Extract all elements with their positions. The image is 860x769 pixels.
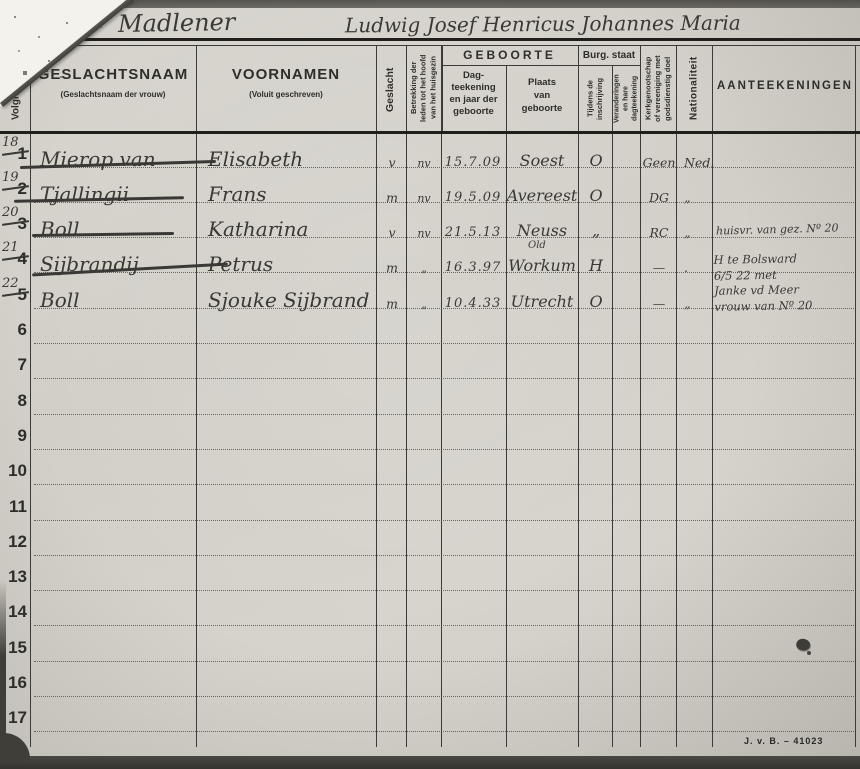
cell-kerk: DG [642, 174, 676, 205]
row-writing-line [34, 696, 854, 697]
row-writing-line [34, 731, 854, 732]
cell-burg2 [614, 280, 640, 311]
geboorte-group-rule [441, 65, 578, 66]
row-writing-line [34, 555, 854, 556]
ink-dot [807, 651, 811, 655]
column-header-geboorte: GEBOORTE [441, 48, 578, 62]
column-header-geslachtsnaam-sub: (Geslachtsnaam der vrouw) [30, 90, 196, 99]
row-number: 11 [0, 497, 30, 517]
table-top-rule [0, 38, 860, 41]
table-row: 10 [0, 456, 860, 492]
cell-kerk: — [642, 244, 676, 275]
table-row: 11 [0, 492, 860, 528]
cell-kerk: RC [642, 209, 676, 240]
cell-betrekking: nv [408, 209, 440, 240]
row-writing-line [34, 414, 854, 415]
cell-place-correction: Old [528, 240, 546, 251]
row-number: 12 [0, 532, 30, 552]
table-row: 16 [0, 668, 860, 704]
table-row: 17 [0, 703, 860, 739]
cell-burg1: „ [580, 209, 612, 240]
cell-betrekking: „ [408, 280, 440, 311]
row-writing-line [34, 484, 854, 485]
cell-nat: Ned. [678, 139, 710, 170]
column-header-burgstaat-inschrijving: Tijdens de inschrijving [578, 67, 612, 130]
cell-burg1: O [580, 174, 612, 205]
cell-date: 16.3.97 [442, 244, 504, 275]
card-firstnames-handwritten: Ludwig Josef Henricus Johannes Maria [345, 11, 741, 38]
card-surname-handwritten: Madlener [118, 8, 236, 38]
row-number-handwritten: 22 [2, 276, 19, 291]
table-row: 14 [0, 597, 860, 633]
cell-betrekking: „ [408, 244, 440, 275]
column-header-voornamen: VOORNAMEN [196, 66, 376, 83]
cell-date: 15.7.09 [442, 139, 504, 170]
column-header-aanteekeningen: AANTEEKENINGEN [712, 80, 858, 92]
printer-mark: J. v. B. – 41023 [744, 736, 823, 746]
dust-speckles [14, 16, 16, 18]
row-writing-line [34, 661, 854, 662]
table-row: 13 [0, 562, 860, 598]
cell-voornamen: Sjouke Sijbrand [202, 280, 378, 311]
cell-burg1: H [580, 244, 612, 275]
cell-geslacht: m [378, 280, 406, 311]
cell-betrekking: nv [408, 174, 440, 205]
register-card-scan: Madlener Ludwig Josef Henricus Johannes … [0, 0, 860, 769]
column-header-geslachtsnaam: GESLACHTSNAAM [30, 66, 196, 83]
row-number-handwritten: 20 [2, 205, 19, 220]
cell-geslacht: m [378, 244, 406, 275]
cell-voornamen: Katharina [202, 209, 378, 240]
cell-burg1: O [580, 139, 612, 170]
cell-nat: . [678, 244, 710, 275]
column-header-burgstaat-veranderingen: Veranderingen en hare dagteekening [612, 67, 640, 130]
row-writing-line [34, 343, 854, 344]
cell-burg2 [614, 209, 640, 240]
column-header-nationaliteit: Nationaliteit [676, 46, 712, 131]
cell-geslacht: v [378, 209, 406, 240]
cell-burg1: O [580, 280, 612, 311]
row-writing-line [34, 520, 854, 521]
row-number: 9 [0, 426, 30, 446]
cell-nat: „ [678, 174, 710, 205]
cell-place: Neuss [508, 209, 576, 240]
cell-burg2 [614, 244, 640, 275]
table-row: 6 [0, 315, 860, 351]
table-row: 9 [0, 421, 860, 457]
column-header-geboortedatum: Dag- teekening en jaar der geboorte [441, 70, 506, 118]
column-header-voornamen-sub: (Voluit geschreven) [196, 90, 376, 99]
table-row: 12 [0, 527, 860, 563]
column-header-geboorteplaats: Plaats van geboorte [506, 76, 578, 115]
cell-betrekking: nv [408, 139, 440, 170]
cell-geslacht: v [378, 139, 406, 170]
cell-date: 10.4.33 [442, 280, 504, 311]
column-header-betrekking: Betrekking der leden tot het hoofd van h… [406, 44, 441, 132]
row-number: 6 [0, 320, 30, 340]
cell-kerk: — [642, 280, 676, 311]
burgstaat-group-rule [578, 65, 640, 66]
table-row: 219TjallingiiFransmnv19.5.09AvereestODG„ [0, 174, 860, 210]
cell-place: Avereest [508, 174, 576, 205]
cell-voornamen: Elisabeth [202, 139, 378, 170]
cell-surname: Boll [34, 280, 198, 311]
cell-voornamen: Frans [202, 174, 378, 205]
column-header-kerkgenootschap: Kerkgenootschap of vereeniging met godsd… [640, 46, 676, 131]
cell-kerk: Geen [642, 139, 676, 170]
row-number-handwritten: 21 [2, 240, 19, 255]
row-writing-line [34, 378, 854, 379]
cell-nat: „ [678, 280, 710, 311]
row-writing-line [34, 625, 854, 626]
cell-date: 19.5.09 [442, 174, 504, 205]
table-row: 118Mierop vanElisabethvnv15.7.09SoestOGe… [0, 139, 860, 175]
cell-voornamen: Petrus [202, 244, 378, 275]
cell-date: 21.5.13 [442, 209, 504, 240]
row-number: 7 [0, 355, 30, 375]
row-number: 8 [0, 391, 30, 411]
column-header-geslacht: Geslacht [376, 48, 406, 132]
cell-burg2 [614, 139, 640, 170]
cell-place: Utrecht [508, 280, 576, 311]
row-number: 10 [0, 461, 30, 481]
row-writing-line [34, 590, 854, 591]
column-header-burgstaat: Burg. staat [578, 50, 640, 61]
cell-nat: „ [678, 209, 710, 240]
row-number-handwritten: 19 [2, 170, 19, 185]
table-row: 15 [0, 633, 860, 669]
cell-geslacht: m [378, 174, 406, 205]
row-number-handwritten: 18 [2, 135, 19, 150]
row-writing-line [34, 449, 854, 450]
cell-burg2 [614, 174, 640, 205]
cell-place: Soest [508, 139, 576, 170]
table-row: 8 [0, 386, 860, 422]
scan-bottom-edge [0, 756, 860, 769]
header-divider [196, 45, 197, 131]
table-row: 7 [0, 350, 860, 386]
annotation-row4: H te Bolsward 6/5 22 met Janke vd Meer v… [713, 251, 812, 315]
